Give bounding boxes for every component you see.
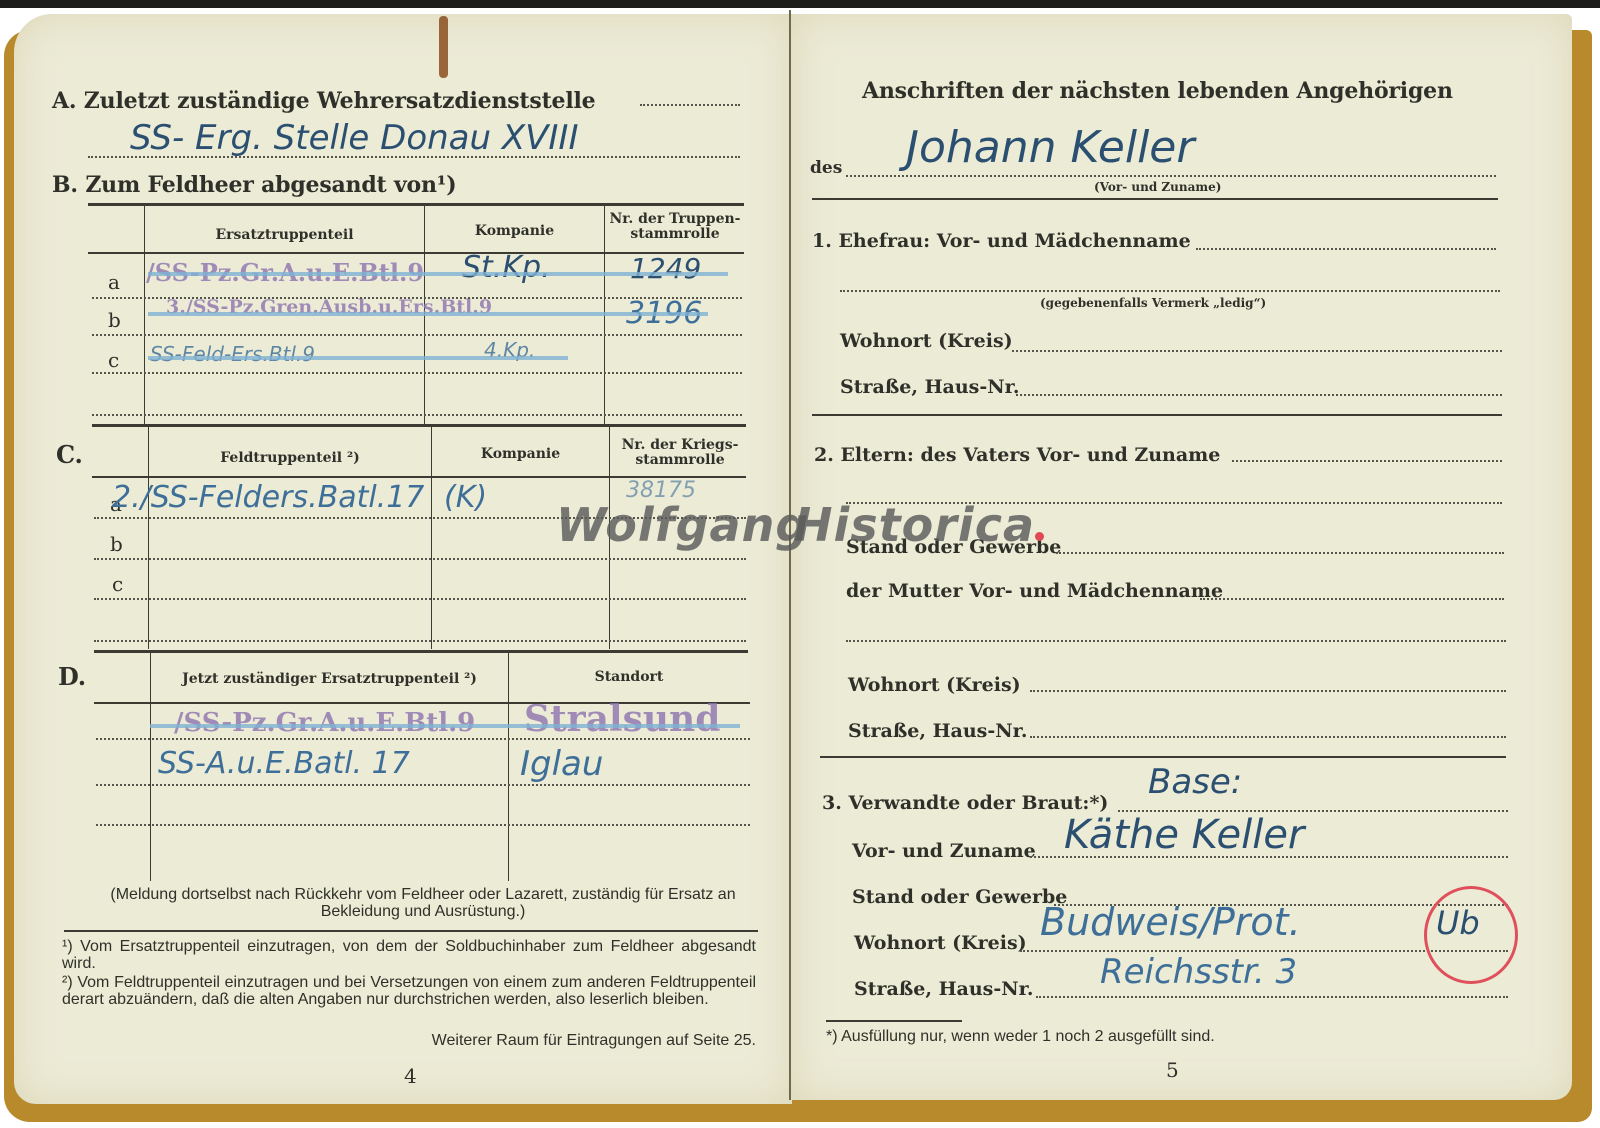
rust-stain xyxy=(439,16,448,78)
row-letter-b: b xyxy=(108,308,121,332)
row-line xyxy=(94,640,746,642)
section-a-label: A. Zuletzt zuständige Wehrersatzdienstst… xyxy=(52,88,595,114)
watermark-wolfgang: Wolfgang xyxy=(556,498,809,552)
row-line xyxy=(94,558,746,560)
col-header-standort: Standort xyxy=(509,670,749,685)
further-space-note: Weiterer Raum für Eintragungen auf Seite… xyxy=(340,1032,756,1049)
dotted-line xyxy=(1196,248,1496,250)
row-line xyxy=(92,334,742,336)
row-line xyxy=(92,372,742,374)
right-page-title: Anschriften der nächsten lebenden Angehö… xyxy=(862,78,1453,104)
parents-street-label: Straße, Haus-Nr. xyxy=(848,720,1027,742)
page-number-4: 4 xyxy=(404,1064,417,1088)
section-d-label: D. xyxy=(58,662,86,691)
watermark-dot xyxy=(1035,532,1044,541)
dotted-line xyxy=(846,175,1496,177)
col-header-kriegsstammrolle: Nr. der Kriegs-stammrolle xyxy=(610,438,750,468)
strikethrough-c xyxy=(148,356,568,360)
footnote-rule xyxy=(826,1020,962,1022)
wife-label: 1. Ehefrau: Vor- und Mädchenname xyxy=(812,230,1191,252)
stamp-location-d1: Stralsund xyxy=(524,698,720,740)
relative-street-handwritten: Reichsstr. 3 xyxy=(1100,952,1297,992)
row-letter-a: a xyxy=(108,270,120,294)
rule xyxy=(820,756,1506,758)
row-line xyxy=(94,598,746,600)
unit-d2: SS-A.u.E.Batl. 17 xyxy=(158,746,410,781)
table-top-rule xyxy=(88,203,744,206)
col-divider xyxy=(150,653,151,881)
relative-residence-handwritten: Budweis/Prot. xyxy=(1040,900,1301,944)
stamp-unit-d1: /SS-Pz.Gr.A.u.E.Btl.9 xyxy=(174,708,475,738)
dotted-line xyxy=(88,156,740,158)
col-header-ersatztruppenteil: Ersatztruppenteil xyxy=(145,228,424,243)
number-a: 1249 xyxy=(630,252,701,285)
dotted-line xyxy=(840,290,1500,292)
parents-label: 2. Eltern: des Vaters Vor- und Zuname xyxy=(814,444,1220,466)
row-letter-b: b xyxy=(110,532,123,556)
col-divider xyxy=(508,653,509,881)
watermark-historica: Historica xyxy=(794,498,1044,552)
table-top-rule xyxy=(94,650,748,653)
dotted-line xyxy=(640,104,740,106)
row-letter-c: c xyxy=(108,348,119,372)
rule xyxy=(812,414,1502,416)
footnote-rule xyxy=(64,930,758,932)
col-header-jetzt-ersatztruppenteil: Jetzt zuständiger Ersatztruppenteil ²) xyxy=(151,672,508,687)
relative-name-handwritten: Käthe Keller xyxy=(1064,812,1304,858)
scan-top-border xyxy=(0,0,1600,8)
row-line xyxy=(96,738,750,740)
row-line xyxy=(92,414,742,416)
footnote-2: ²) Vom Feldtruppenteil einzutragen und b… xyxy=(62,974,756,1008)
wife-street-label: Straße, Haus-Nr. xyxy=(840,376,1019,398)
row-line xyxy=(96,824,750,826)
row-line xyxy=(92,297,742,299)
strikethrough-b xyxy=(148,312,708,316)
relatives-label: 3. Verwandte oder Braut:*) xyxy=(822,792,1108,814)
dotted-line xyxy=(1030,736,1506,738)
dotted-line xyxy=(1016,394,1502,396)
relative-name-label: Vor- und Zuname xyxy=(852,840,1036,862)
des-caption: (Vor- und Zuname) xyxy=(1094,180,1221,194)
dotted-line xyxy=(1036,996,1508,998)
dotted-line xyxy=(1012,350,1502,352)
dotted-line xyxy=(1056,552,1504,554)
row-line xyxy=(96,784,750,786)
dotted-line xyxy=(1030,690,1506,692)
mother-label: der Mutter Vor- und Mädchenname xyxy=(846,580,1223,602)
book-gutter xyxy=(789,10,791,1100)
col-header-feldtruppenteil: Feldtruppenteil ²) xyxy=(149,451,431,466)
location-d2: Iglau xyxy=(520,744,603,784)
section-a-handwritten: SS- Erg. Stelle Donau XVIII xyxy=(130,118,579,158)
dotted-line xyxy=(1232,460,1502,462)
section-b-label: B. Zum Feldheer abgesandt von¹) xyxy=(52,172,456,198)
col-header-kompanie: Kompanie xyxy=(425,224,604,239)
meldung-note: (Meldung dortselbst nach Rückkehr vom Fe… xyxy=(90,886,756,920)
section-c-label: C. xyxy=(56,440,83,469)
col-header-kompanie: Kompanie xyxy=(432,447,609,462)
relation-handwritten: Base: xyxy=(1148,762,1242,802)
relative-street-label: Straße, Haus-Nr. xyxy=(854,978,1033,1000)
relative-residence-label: Wohnort (Kreis) xyxy=(854,932,1027,954)
wife-residence-label: Wohnort (Kreis) xyxy=(840,330,1013,352)
strikethrough-d1 xyxy=(150,724,740,728)
right-footnote: *) Ausfüllung nur, wenn weder 1 noch 2 a… xyxy=(826,1028,1215,1045)
circled-mark-text: Ub xyxy=(1436,904,1480,942)
table-top-rule xyxy=(92,424,746,427)
watermark-historica-text: Historica xyxy=(794,498,1035,552)
col-header-truppenstammrolle: Nr. der Truppen-stammrolle xyxy=(605,212,745,242)
footnote-1: ¹) Vom Ersatztruppenteil einzutragen, vo… xyxy=(62,938,756,972)
des-label: des xyxy=(810,158,842,178)
field-company-a: (K) xyxy=(444,480,487,515)
company-a: St.Kp. xyxy=(462,250,551,285)
field-unit-a: 2./SS-Felders.Batl.17 xyxy=(112,480,424,515)
unit-c: SS-Feld-Ers.Btl.9 xyxy=(150,342,315,366)
rule xyxy=(812,198,1498,200)
des-name-handwritten: Johann Keller xyxy=(906,122,1194,173)
strikethrough-a xyxy=(148,272,728,276)
dotted-line xyxy=(1200,598,1504,600)
dotted-line xyxy=(846,640,1506,642)
wife-caption: (gegebenenfalls Vermerk „ledig“) xyxy=(1040,296,1266,310)
parents-residence-label: Wohnort (Kreis) xyxy=(848,674,1021,696)
relative-occupation-label: Stand oder Gewerbe xyxy=(852,886,1067,908)
row-letter-c: c xyxy=(112,572,123,596)
page-number-5: 5 xyxy=(1166,1058,1179,1082)
